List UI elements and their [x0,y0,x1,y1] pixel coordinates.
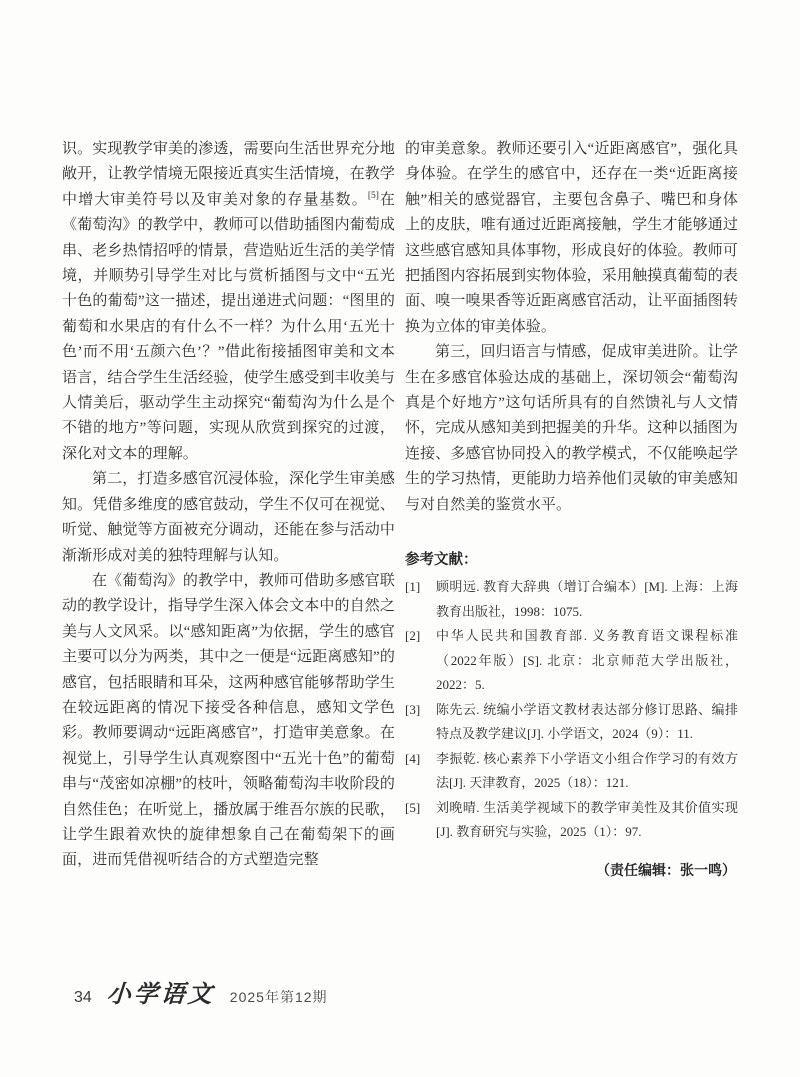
reference-number: [3] [405,698,420,723]
paragraph-second-point: 第二，打造多感官沉浸体验，深化学生审美感知。凭借多维度的感官鼓动，学生不仅可在视… [62,467,395,569]
paragraph-text: 在《葡萄沟》的教学中，教师可以借助插图内葡萄成串、老乡热情招呼的情景，营造贴近生… [62,192,395,462]
paragraph-continuation: 的审美意象。教师还要引入“近距离感官”，强化具身体验。在学生的感官中，还存在一类… [405,137,738,340]
paragraph-third-point: 第三，回归语言与情感，促成审美进阶。让学生在多感官体验达成的基础上，深切领会“葡… [405,340,738,518]
page-number: 34 [74,989,92,1007]
reference-number: [2] [405,624,420,649]
reference-number: [4] [405,747,420,772]
references-heading: 参考文献： [405,548,738,569]
references-list: [1] 顾明远. 教育大辞典（增订合编本）[M]. 上海：上海教育出版社，199… [405,575,738,845]
reference-text: 陈先云. 统编小学语文教材表达部分修订思路、编排特点及教学建议[J]. 小学语文… [436,702,738,742]
editor-note: （责任编辑：张一鸣） [405,860,738,880]
issue-label: 2025年第12期 [230,987,328,1007]
reference-item: [1] 顾明远. 教育大辞典（增订合编本）[M]. 上海：上海教育出版社，199… [405,575,738,624]
paragraph-multisensory: 在《葡萄沟》的教学中，教师可借助多感官联动的教学设计，指导学生深入体会文本中的自… [62,569,395,874]
paragraph-continuation: 识。实现教学审美的渗透，需要向生活世界充分地敞开，让教学情境无限接近真实生活情境… [62,137,395,467]
reference-number: [1] [405,575,420,600]
reference-item: [4] 李振乾. 核心素养下小学语文小组合作学习的有效方法[J]. 天津教育，2… [405,747,738,796]
reference-item: [3] 陈先云. 统编小学语文教材表达部分修订思路、编排特点及教学建议[J]. … [405,698,738,747]
reference-text: 顾明远. 教育大辞典（增订合编本）[M]. 上海：上海教育出版社，1998：10… [436,579,738,619]
reference-item: [5] 刘晚晴. 生活美学视域下的教学审美性及其价值实现[J]. 教育研究与实验… [405,796,738,845]
journal-page: 识。实现教学审美的渗透，需要向生活世界充分地敞开，让教学情境无限接近真实生活情境… [0,0,800,1077]
reference-text: 中华人民共和国教育部. 义务教育语文课程标准（2022年版）[S]. 北京：北京… [436,628,738,692]
journal-logo: 小学语文 [106,974,216,1009]
reference-text: 李振乾. 核心素养下小学语文小组合作学习的有效方法[J]. 天津教育，2025（… [436,751,738,791]
page-footer: 34 小学语文 2025年第12期 [74,974,328,1009]
paragraph-text: 识。实现教学审美的渗透，需要向生活世界充分地敞开，让教学情境无限接近真实生活情境… [62,141,395,208]
reference-item: [2] 中华人民共和国教育部. 义务教育语文课程标准（2022年版）[S]. 北… [405,624,738,698]
reference-text: 刘晚晴. 生活美学视域下的教学审美性及其价值实现[J]. 教育研究与实验，202… [436,800,738,840]
right-column: 的审美意象。教师还要引入“近距离感官”，强化具身体验。在学生的感官中，还存在一类… [405,137,738,880]
reference-number: [5] [405,796,420,821]
citation-marker-5: [5] [368,191,379,201]
article-body: 识。实现教学审美的渗透，需要向生活世界充分地敞开，让教学情境无限接近真实生活情境… [62,137,738,880]
left-column: 识。实现教学审美的渗透，需要向生活世界充分地敞开，让教学情境无限接近真实生活情境… [62,137,395,880]
